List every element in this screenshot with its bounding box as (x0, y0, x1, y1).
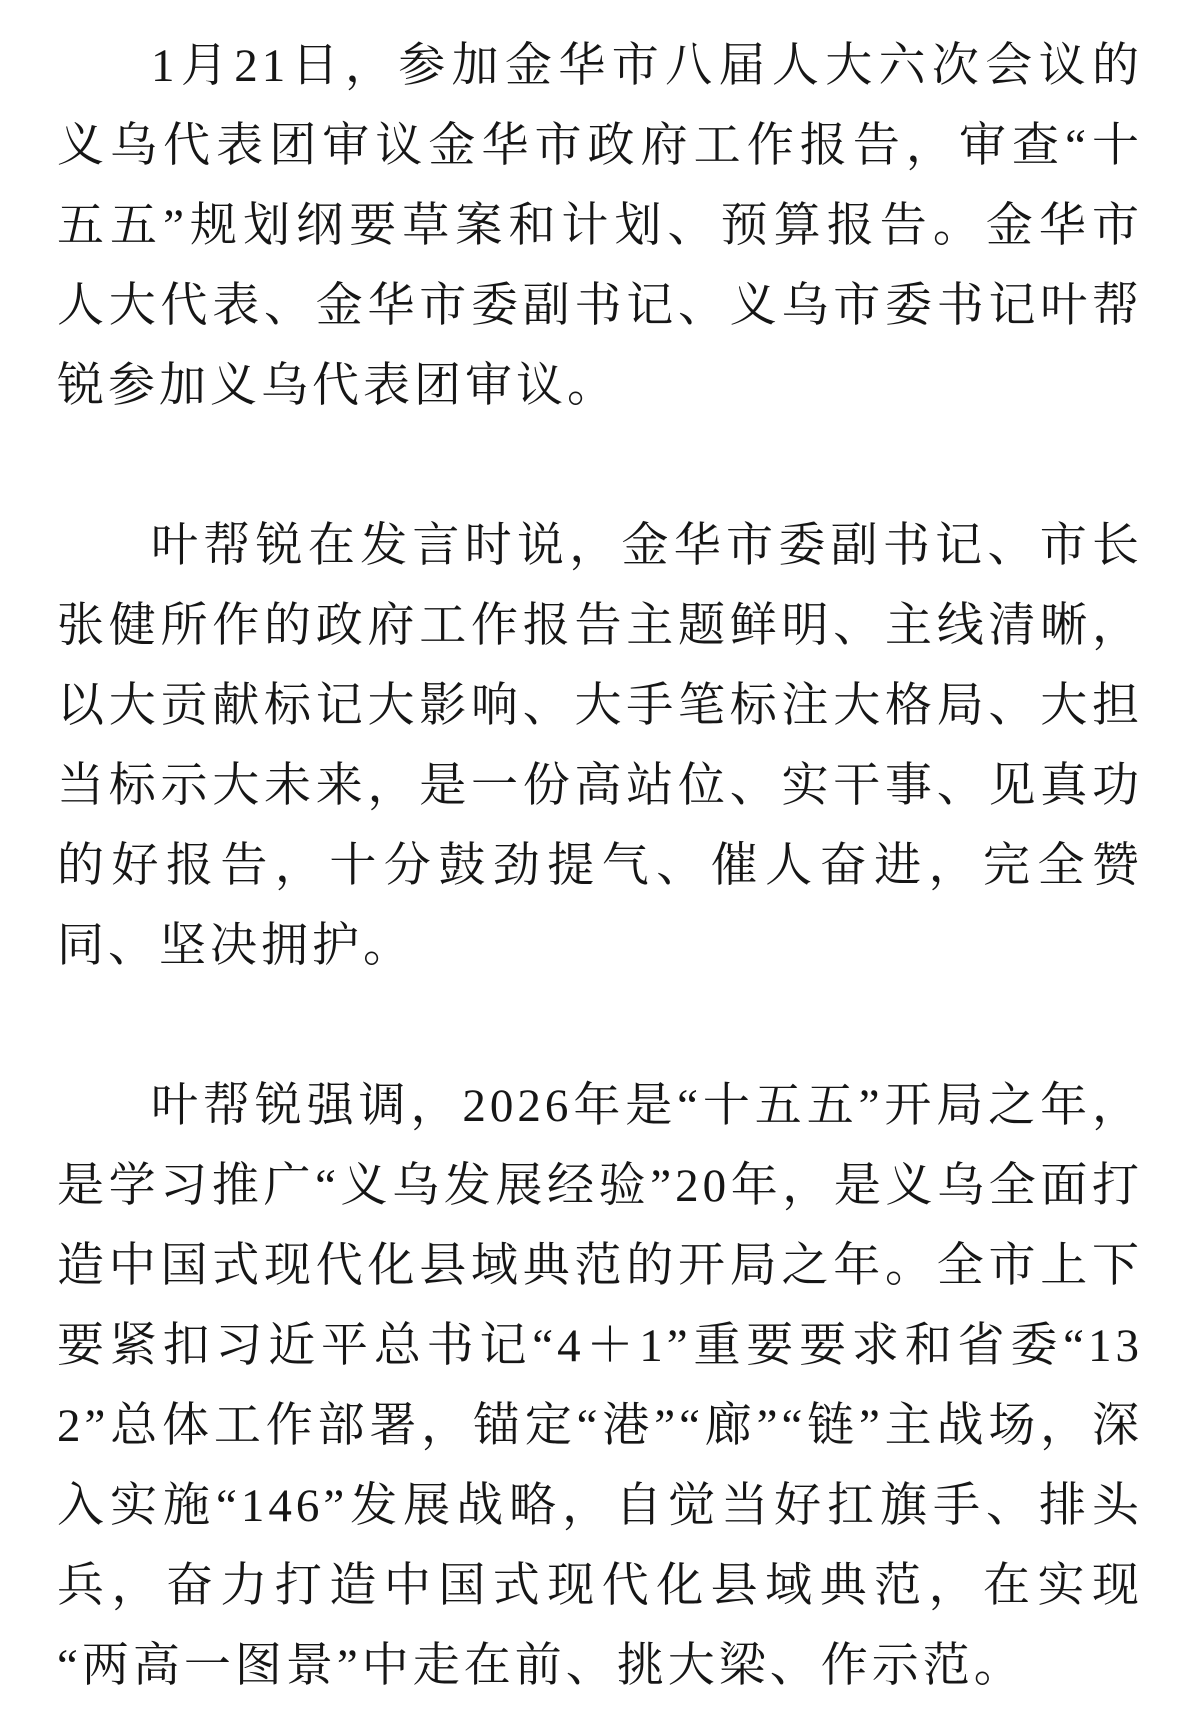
paragraph-meeting-intro: 1月21日，参加金华市八届人大六次会议的义乌代表团审议金华市政府工作报告，审查“… (57, 26, 1143, 426)
document-page: 1月21日，参加金华市八届人大六次会议的义乌代表团审议金华市政府工作报告，审查“… (0, 0, 1200, 1714)
article-body: 1月21日，参加金华市八届人大六次会议的义乌代表团审议金华市政府工作报告，审查“… (57, 26, 1143, 1706)
paragraph-emphasis-2026: 叶帮锐强调，2026年是“十五五”开局之年，是学习推广“义乌发展经验”20年，是… (57, 1066, 1143, 1706)
paragraph-speech-remarks: 叶帮锐在发言时说，金华市委副书记、市长张健所作的政府工作报告主题鲜明、主线清晰，… (57, 506, 1143, 986)
